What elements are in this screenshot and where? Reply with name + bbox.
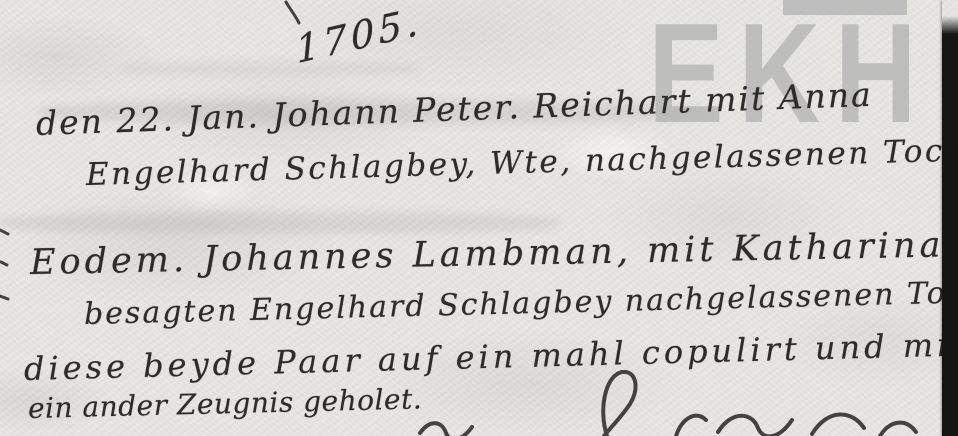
entry1-line2: Engelhard Schlagbey, Wte, nachgelassenen… [86, 132, 958, 192]
bleedthrough-band [120, 62, 420, 76]
year-heading: 1705. [294, 1, 423, 72]
bleedthrough-band [0, 212, 560, 234]
entry2-line3: diese beyde Paar auf ein mahl copulirt u… [24, 327, 958, 387]
entry2-line4: ein ander Zeugnis geholet. [28, 384, 423, 424]
register-scan-page: EKH 1705. den 22. Jan. Johann Peter. Rei… [0, 0, 958, 436]
entry2-line2: besagten Engelhard Schlagbey nachgelasse… [84, 275, 958, 331]
book-gutter-edge [942, 0, 958, 436]
ekh-watermark: EKH [648, 3, 931, 145]
watermark-box-fragment [783, 0, 907, 15]
